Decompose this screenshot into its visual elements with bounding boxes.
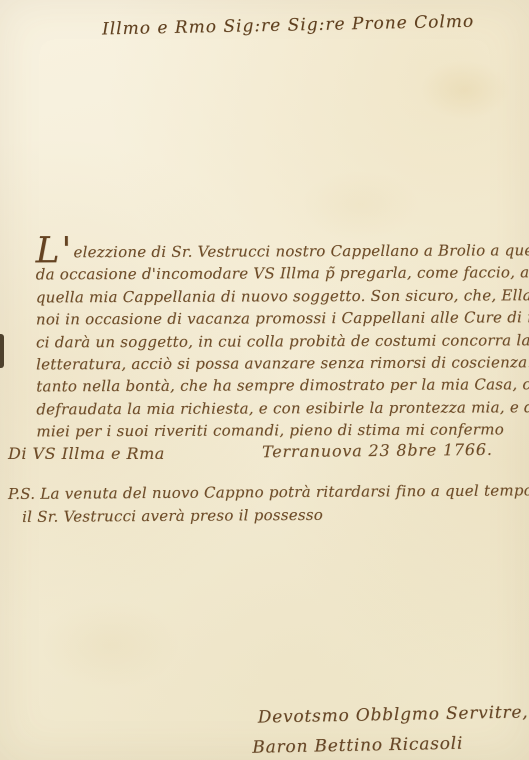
signature-line-valediction: Devotsmo Obblgmo Servitre, [257, 697, 528, 732]
postscript-line: il Sr. Vestrucci averà preso il possesso [8, 502, 529, 529]
body-line: L'elezzione di Sr. Vestrucci nostro Capp… [36, 239, 529, 264]
paper-stain [420, 60, 510, 120]
postscript: P.S. La venuta del nuovo Cappno potrà ri… [8, 479, 529, 529]
paper-stain [40, 600, 180, 690]
body-line: miei per i suoi riveriti comandi, pieno … [36, 418, 529, 443]
place-and-date: Terranuova 23 8bre 1766. [262, 440, 493, 461]
body-line: noi in occasione di vacanza promossi i C… [36, 306, 529, 331]
paper-stain [300, 170, 420, 240]
letter-body: L'elezzione di Sr. Vestrucci nostro Capp… [36, 239, 529, 443]
manuscript-letter-page: Illmo e Rmo Sig:re Sig:re Prone Colmo L'… [0, 0, 529, 760]
body-line: letteratura, acciò si possa avanzare sen… [36, 351, 529, 376]
body-line: tanto nella bontà, che ha sempre dimostr… [36, 373, 529, 398]
letter-closing: Di VS Illma e Rma [8, 444, 165, 463]
scan-edge-mark [0, 334, 4, 368]
body-line: ci darà un soggetto, in cui colla probit… [36, 328, 529, 353]
signature: Devotsmo Obblgmo Servitre, Baron Bettino… [257, 697, 529, 760]
postscript-line: P.S. La venuta del nuovo Cappno potrà ri… [8, 479, 529, 506]
body-line: da occasione d'incomodare VS Illma p̃ pr… [36, 261, 529, 286]
body-line: quella mia Cappellania di nuovo soggetto… [36, 283, 529, 308]
body-line: defraudata la mia richiesta, e con esibi… [36, 395, 529, 420]
signature-line-name: Baron Bettino Ricasoli [252, 727, 529, 760]
letter-salutation: Illmo e Rmo Sig:re Sig:re Prone Colmo [102, 13, 432, 40]
